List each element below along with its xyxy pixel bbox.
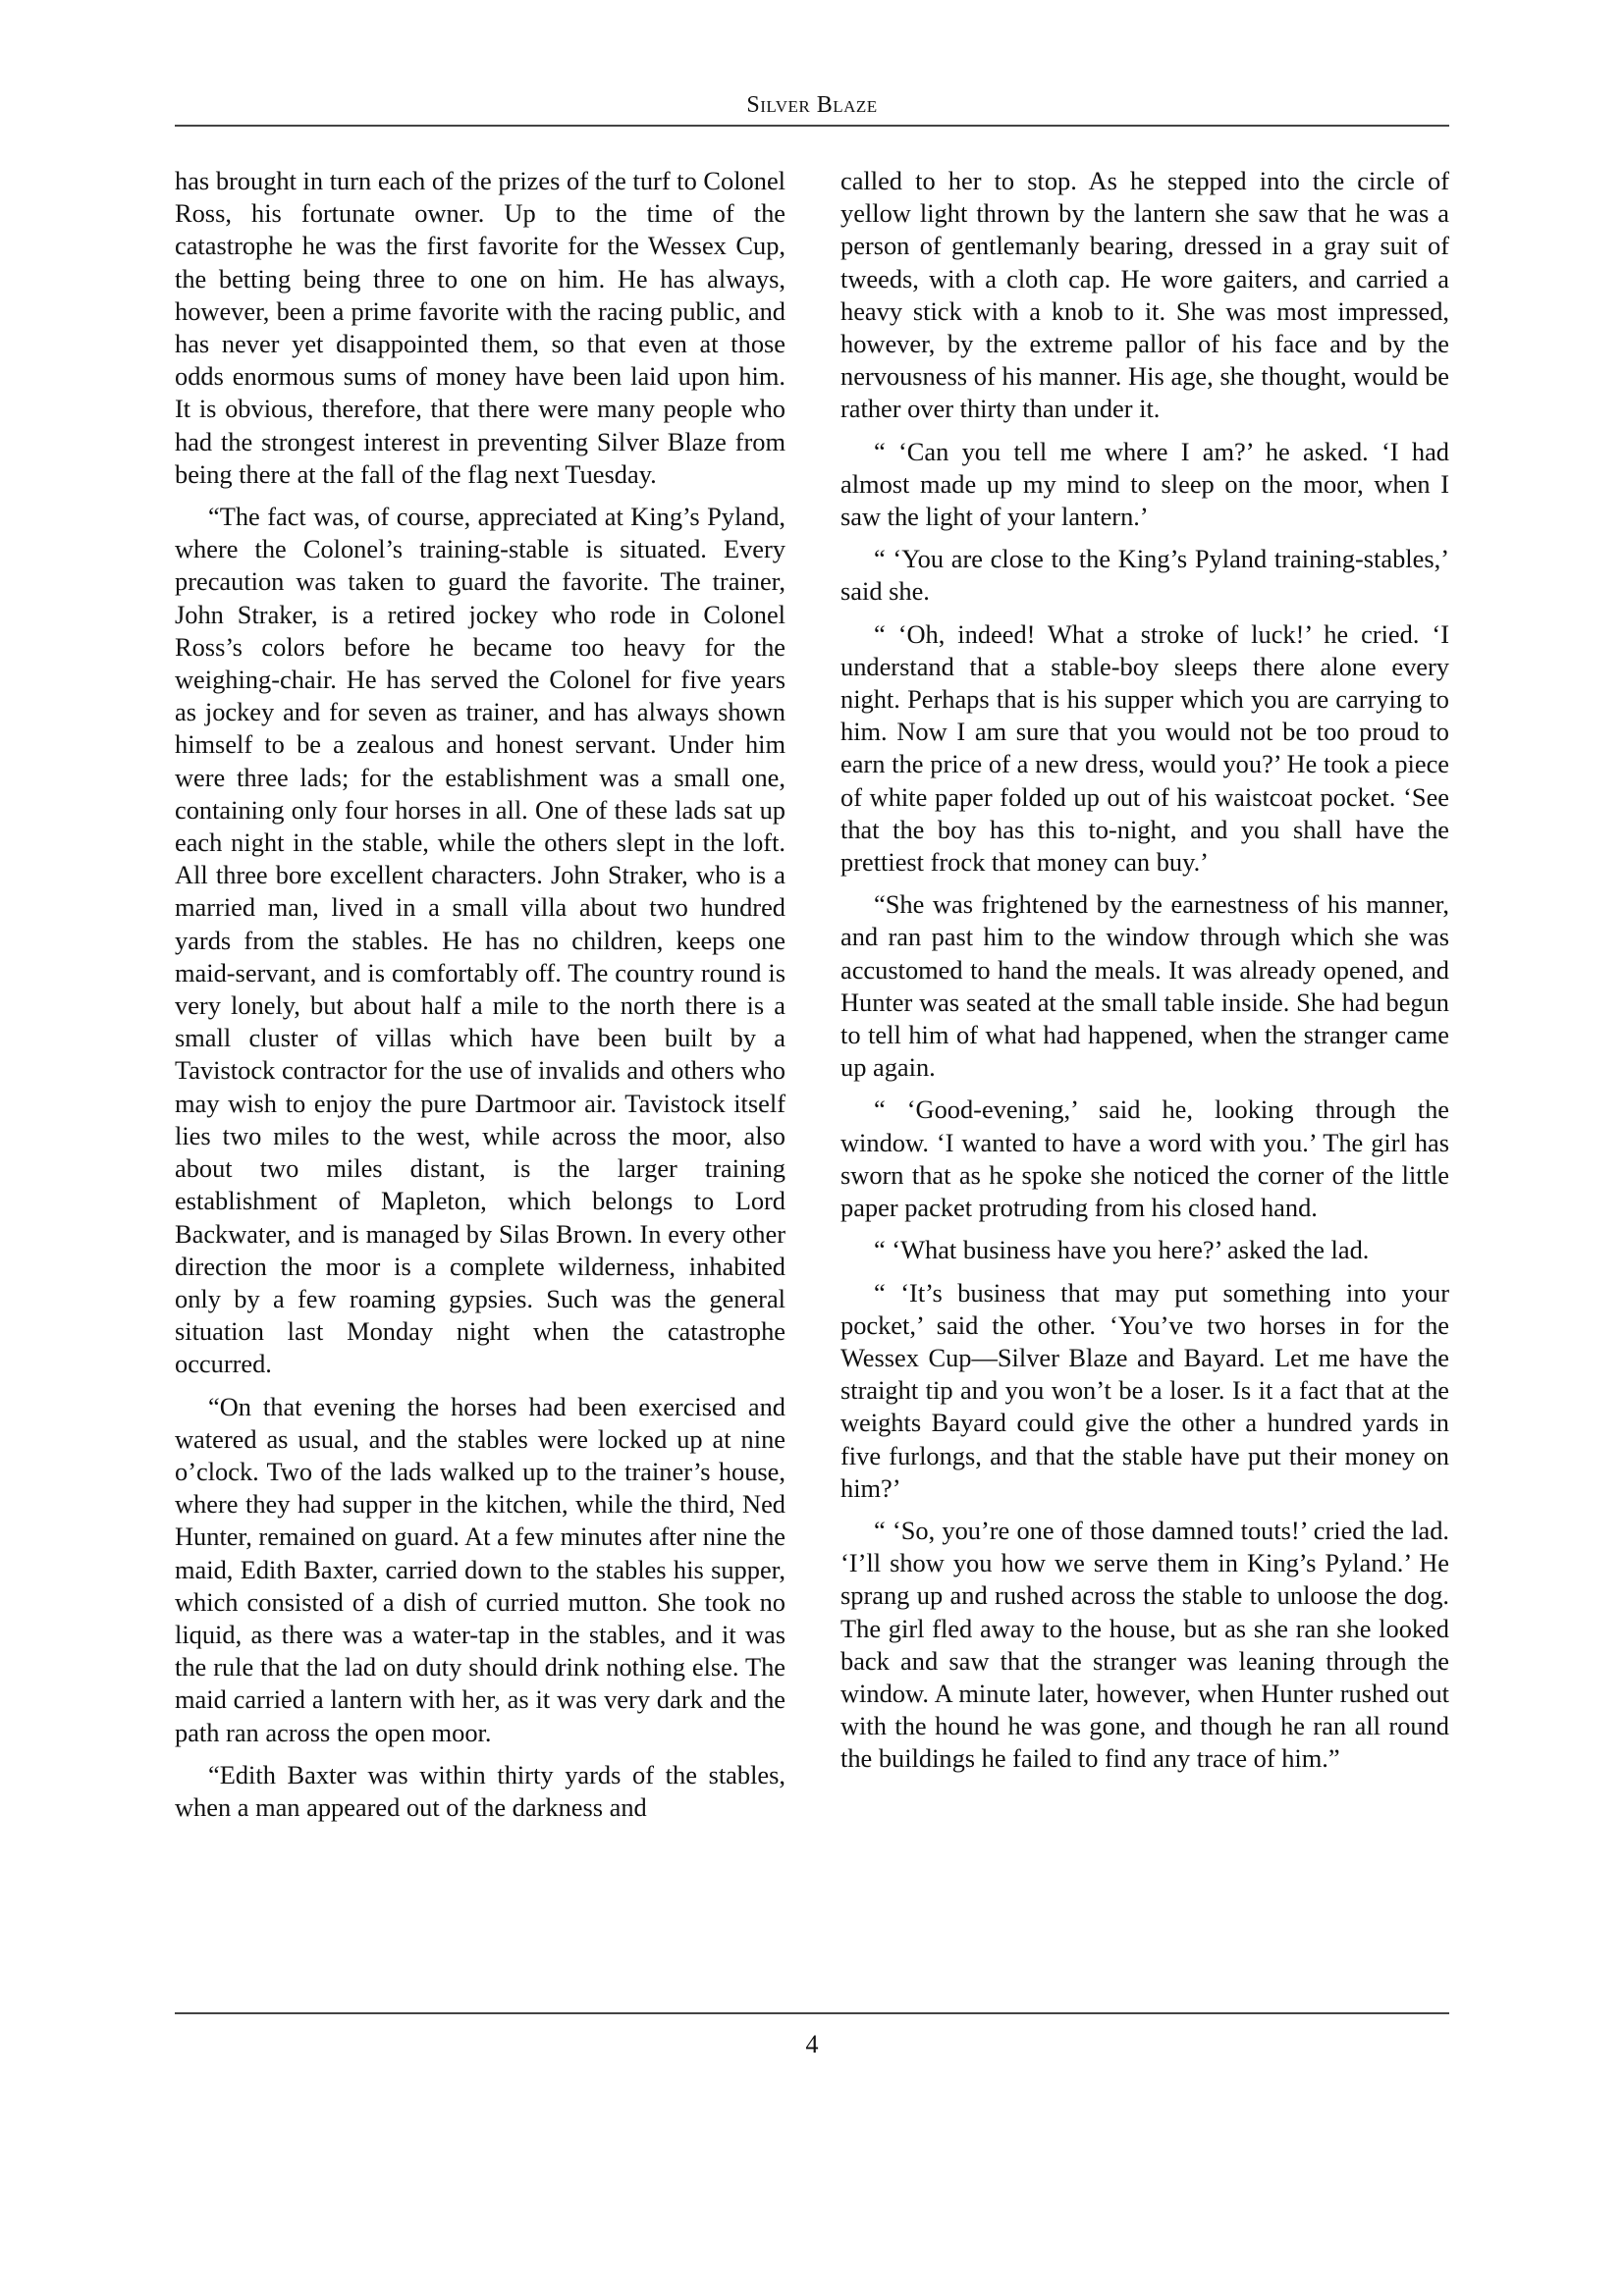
footer-rule xyxy=(175,2012,1449,2014)
running-title: Silver Blaze xyxy=(175,90,1449,120)
paragraph: “ ‘Oh, indeed! What a stroke of luck!’ h… xyxy=(840,618,1449,880)
paragraph: “ ‘You are close to the King’s Pyland tr… xyxy=(840,543,1449,608)
paragraph: “ ‘Good-evening,’ said he, looking throu… xyxy=(840,1094,1449,1224)
page-number: 4 xyxy=(175,2030,1449,2059)
paragraph: “The fact was, of course, appreciated at… xyxy=(175,501,785,1380)
right-column: called to her to stop. As he stepped int… xyxy=(840,165,1449,1786)
paragraph: “ ‘What business have you here?’ asked t… xyxy=(840,1234,1449,1266)
left-column: has brought in turn each of the prizes o… xyxy=(175,165,785,1834)
paragraph: has brought in turn each of the prizes o… xyxy=(175,165,785,491)
paragraph: “On that evening the horses had been exe… xyxy=(175,1391,785,1749)
paragraph: “ ‘It’s business that may put something … xyxy=(840,1277,1449,1505)
paragraph: called to her to stop. As he stepped int… xyxy=(840,165,1449,426)
header-rule xyxy=(175,125,1449,127)
paragraph: “ ‘Can you tell me where I am?’ he asked… xyxy=(840,436,1449,534)
paragraph: “She was frightened by the earnestness o… xyxy=(840,888,1449,1084)
paragraph: “Edith Baxter was within thirty yards of… xyxy=(175,1759,785,1824)
paragraph: “ ‘So, you’re one of those damned touts!… xyxy=(840,1515,1449,1776)
